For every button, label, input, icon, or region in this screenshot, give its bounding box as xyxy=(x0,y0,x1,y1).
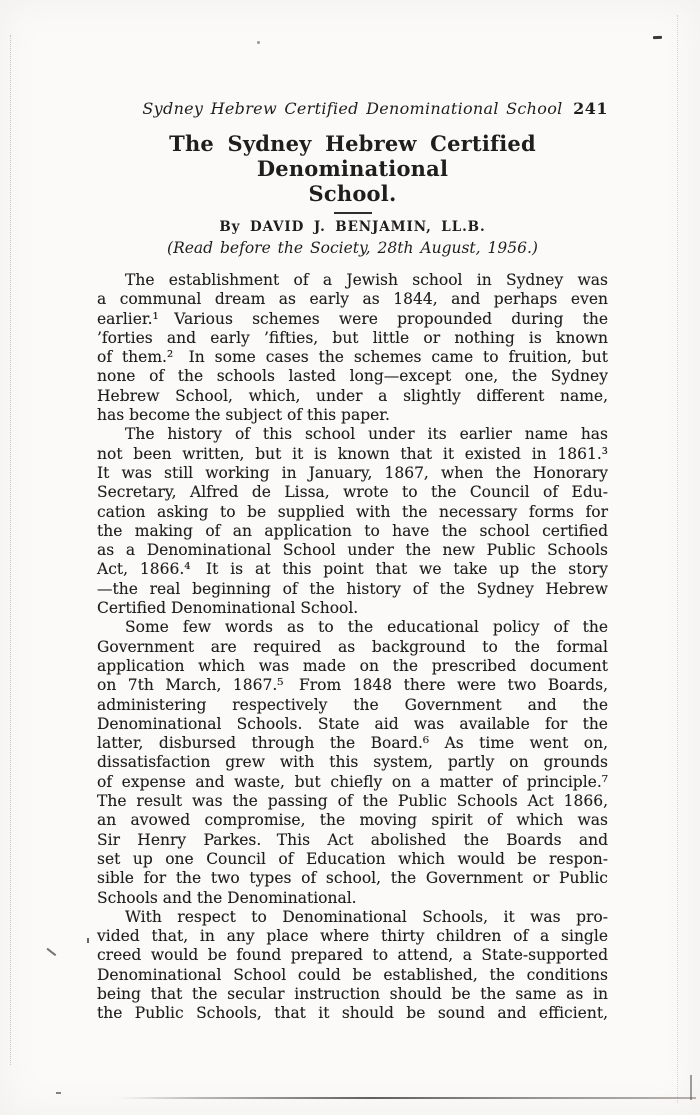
text-line: vided that, in any place where thirty ch… xyxy=(97,927,608,946)
text-line: none of the schools lasted long—except o… xyxy=(97,367,608,386)
text-line: has become the subject of this paper. xyxy=(97,406,608,425)
article-title: The Sydney Hebrew Certified Denomination… xyxy=(97,131,608,206)
text-line: of expense and waste, but chiefly on a m… xyxy=(97,773,608,792)
article-title-line1: The Sydney Hebrew Certified Denomination… xyxy=(97,131,608,181)
text-line: application which was made on the prescr… xyxy=(97,657,608,676)
text-line: Some few words as to the educational pol… xyxy=(97,618,608,637)
text-line: a communal dream as early as 1844, and p… xyxy=(97,290,608,309)
text-line: an avowed compromise, the moving spirit … xyxy=(97,811,608,830)
scan-bottom-line xyxy=(118,1097,696,1099)
text-line: —the real beginning of the history of th… xyxy=(97,580,608,599)
text-line: Hebrew School, which, under a slightly d… xyxy=(97,387,608,406)
text-line: It was still working in January, 1867, w… xyxy=(97,464,608,483)
scanned-page: Sydney Hebrew Certified Denominational S… xyxy=(0,0,700,1115)
text-line: dissatisfaction grew with this system, p… xyxy=(97,753,608,772)
text-line: Act, 1866.⁴ It is at this point that we … xyxy=(97,560,608,579)
text-line: the making of an application to have the… xyxy=(97,522,608,541)
text-line: administering respectively the Governmen… xyxy=(97,696,608,715)
byline: By DAVID J. BENJAMIN, LL.B. xyxy=(97,219,608,236)
text-line: on 7th March, 1867.⁵ From 1848 there wer… xyxy=(97,676,608,695)
text-block: Sydney Hebrew Certified Denominational S… xyxy=(97,100,608,1024)
page-number: 241 xyxy=(573,100,608,118)
scan-speck xyxy=(257,41,260,44)
text-line: cation asking to be supplied with the ne… xyxy=(97,503,608,522)
scan-speck xyxy=(87,938,89,943)
scan-right-edge-line xyxy=(677,15,678,1103)
article-title-line2: School. xyxy=(97,181,608,206)
scan-right-bottom-tick xyxy=(690,1075,692,1100)
paragraph: The history of this school under its ear… xyxy=(97,425,608,618)
text-line: of them.² In some cases the schemes came… xyxy=(97,348,608,367)
text-line: set up one Council of Education which wo… xyxy=(97,850,608,869)
text-line: Certified Denominational School. xyxy=(97,599,608,618)
running-header-title: Sydney Hebrew Certified Denominational S… xyxy=(142,99,562,118)
scan-left-edge-line xyxy=(10,35,11,1065)
running-header: Sydney Hebrew Certified Denominational S… xyxy=(97,100,608,118)
article-body: The establishment of a Jewish school in … xyxy=(97,271,608,1024)
text-line: Secretary, Alfred de Lissa, wrote to the… xyxy=(97,483,608,502)
text-line: With respect to Denominational Schools, … xyxy=(97,908,608,927)
paragraph: With respect to Denominational Schools, … xyxy=(97,908,608,1024)
text-line: creed would be found prepared to attend,… xyxy=(97,946,608,965)
text-line: ’forties and early ’fifties, but little … xyxy=(97,329,608,348)
title-divider-rule xyxy=(334,212,372,214)
paragraph: The establishment of a Jewish school in … xyxy=(97,271,608,425)
text-line: The establishment of a Jewish school in … xyxy=(97,271,608,290)
text-line: sible for the two types of school, the G… xyxy=(97,869,608,888)
text-line: not been written, but it is known that i… xyxy=(97,445,608,464)
text-line: latter, disbursed through the Board.⁶ As… xyxy=(97,734,608,753)
read-before-note: (Read before the Society, 28th August, 1… xyxy=(97,239,608,258)
text-line: Denominational Schools. State aid was av… xyxy=(97,715,608,734)
text-line: being that the secular instruction shoul… xyxy=(97,985,608,1004)
scan-speck xyxy=(47,948,57,956)
scan-speck xyxy=(56,1092,61,1094)
scan-speck xyxy=(653,36,662,39)
text-line: as a Denominational School under the new… xyxy=(97,541,608,560)
text-line: The result was the passing of the Public… xyxy=(97,792,608,811)
text-line: Schools and the Denominational. xyxy=(97,889,608,908)
text-line: Government are required as background to… xyxy=(97,638,608,657)
text-line: The history of this school under its ear… xyxy=(97,425,608,444)
text-line: earlier.¹ Various schemes were propounde… xyxy=(97,310,608,329)
text-line: the Public Schools, that it should be so… xyxy=(97,1004,608,1023)
text-line: Sir Henry Parkes. This Act abolished the… xyxy=(97,831,608,850)
text-line: Denominational School could be establish… xyxy=(97,966,608,985)
paragraph: Some few words as to the educational pol… xyxy=(97,618,608,907)
